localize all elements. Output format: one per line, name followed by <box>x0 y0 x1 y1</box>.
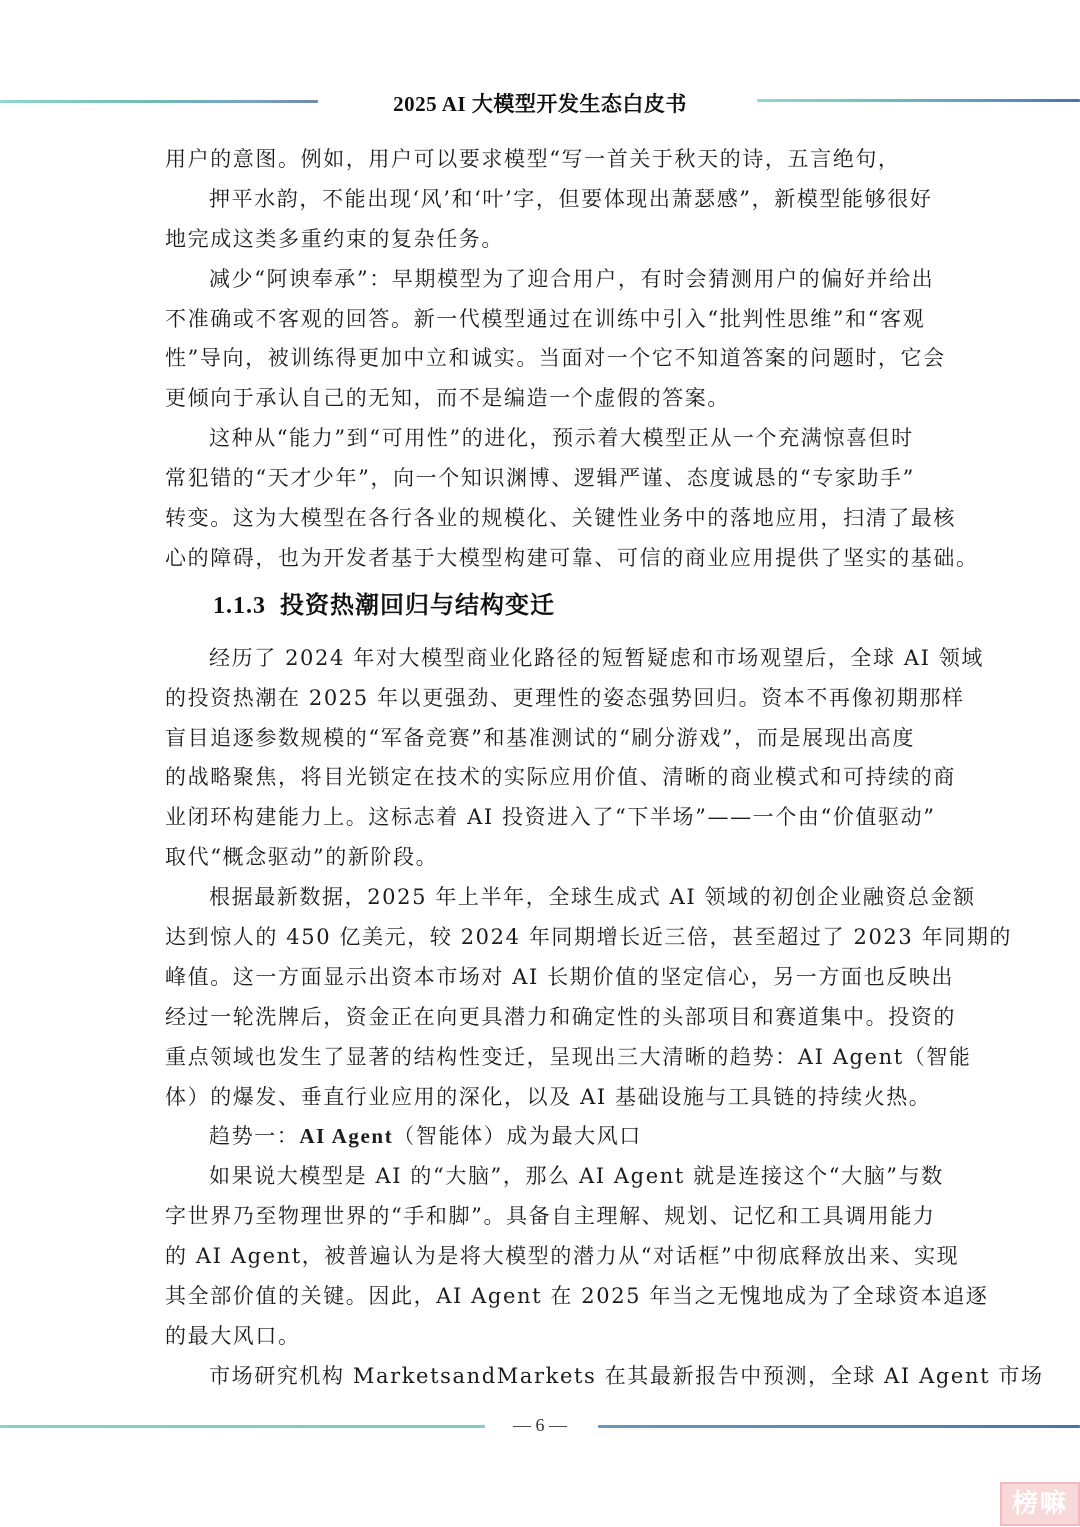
section-heading: 1.1.3投资热潮回归与结构变迁 <box>165 585 920 625</box>
section-title: 投资热潮回归与结构变迁 <box>280 590 555 619</box>
text-line: 业闭环构建能力上。这标志着 AI 投资进入了“下半场”——一个由“价值驱动” <box>165 798 920 838</box>
text-line: 的战略聚焦，将目光锁定在技术的实际应用价值、清晰的商业模式和可持续的商 <box>165 758 920 798</box>
text-line: 地完成这类多重约束的复杂任务。 <box>165 220 920 260</box>
text-line: 的 AI Agent，被普遍认为是将大模型的潜力从“对话框”中彻底释放出来、实现 <box>165 1237 920 1277</box>
text-line: 用户的意图。例如，用户可以要求模型“写一首关于秋天的诗，五言绝句， <box>165 140 920 180</box>
text-line: 心的障碍，也为开发者基于大模型构建可靠、可信的商业应用提供了坚实的基础。 <box>165 539 920 579</box>
text-line: 转变。这为大模型在各行各业的规模化、关键性业务中的落地应用，扫清了最核 <box>165 499 920 539</box>
paragraph-block-2: 经历了 2024 年对大模型商业化路径的短暂疑虑和市场观望后，全球 AI 领域 … <box>165 639 920 1118</box>
text-line: 的最大风口。 <box>165 1317 920 1357</box>
page-body: 用户的意图。例如，用户可以要求模型“写一首关于秋天的诗，五言绝句， 押平水韵，不… <box>165 140 920 1397</box>
text-line: 根据最新数据，2025 年上半年，全球生成式 AI 领域的初创企业融资总金额 <box>165 878 920 918</box>
text-line: 性”导向，被训练得更加中立和诚实。当面对一个它不知道答案的问题时，它会 <box>165 339 920 379</box>
text-line: 其全部价值的关键。因此，AI Agent 在 2025 年当之无愧地成为了全球资… <box>165 1277 920 1317</box>
text-line: 经过一轮洗牌后，资金正在向更具潜力和确定性的头部项目和赛道集中。投资的 <box>165 998 920 1038</box>
text-line: 的投资热潮在 2025 年以更强劲、更理性的姿态强势回归。资本不再像初期那样 <box>165 679 920 719</box>
text-line: 市场研究机构 MarketsandMarkets 在其最新报告中预测，全球 AI… <box>165 1357 920 1397</box>
paragraph-block-3: 如果说大模型是 AI 的“大脑”，那么 AI Agent 就是连接这个“大脑”与… <box>165 1157 920 1396</box>
text-line: 常犯错的“天才少年”，向一个知识渊博、逻辑严谨、态度诚恳的“专家助手” <box>165 459 920 499</box>
section-number: 1.1.3 <box>213 593 266 619</box>
paragraph-block-1: 用户的意图。例如，用户可以要求模型“写一首关于秋天的诗，五言绝句， 押平水韵，不… <box>165 140 920 579</box>
text-line: 峰值。这一方面显示出资本市场对 AI 长期价值的坚定信心，另一方面也反映出 <box>165 958 920 998</box>
trend-heading: 趋势一：AI Agent（智能体）成为最大风口 <box>165 1117 920 1157</box>
page-header: 2025 AI 大模型开发生态白皮书 <box>0 86 1080 118</box>
text-line: 取代“概念驱动”的新阶段。 <box>165 838 920 878</box>
text-line: 不准确或不客观的回答。新一代模型通过在训练中引入“批判性思维”和“客观 <box>165 300 920 340</box>
text-line: 字世界乃至物理世界的“手和脚”。具备自主理解、规划、记忆和工具调用能力 <box>165 1197 920 1237</box>
trend-prefix: 趋势一： <box>209 1124 299 1148</box>
page-footer: — 6 — <box>0 1415 1080 1439</box>
footer-rule-right <box>598 1425 1080 1428</box>
text-line: 经历了 2024 年对大模型商业化路径的短暂疑虑和市场观望后，全球 AI 领域 <box>165 639 920 679</box>
text-line: 体）的爆发、垂直行业应用的深化，以及 AI 基础设施与工具链的持续火热。 <box>165 1078 920 1118</box>
text-line: 达到惊人的 450 亿美元，较 2024 年同期增长近三倍，甚至超过了 2023… <box>165 918 920 958</box>
watermark-stamp-icon: 榜嘛 <box>1000 1482 1080 1526</box>
text-line: 减少“阿谀奉承”：早期模型为了迎合用户，有时会猜测用户的偏好并给出 <box>165 260 920 300</box>
header-rule-right <box>757 99 1080 102</box>
text-line: 这种从“能力”到“可用性”的进化，预示着大模型正从一个充满惊喜但时 <box>165 419 920 459</box>
trend-suffix: （智能体）成为最大风口 <box>393 1124 642 1148</box>
text-line: 盲目追逐参数规模的“军备竞赛”和基准测试的“刷分游戏”，而是展现出高度 <box>165 719 920 759</box>
trend-bold-term: AI Agent <box>299 1124 393 1148</box>
text-line: 押平水韵，不能出现‘风’和‘叶’字，但要体现出萧瑟感”，新模型能够很好 <box>165 180 920 220</box>
text-line: 更倾向于承认自己的无知，而不是编造一个虚假的答案。 <box>165 379 920 419</box>
text-line: 如果说大模型是 AI 的“大脑”，那么 AI Agent 就是连接这个“大脑”与… <box>165 1157 920 1197</box>
document-title: 2025 AI 大模型开发生态白皮书 <box>0 88 1080 118</box>
text-line: 重点领域也发生了显著的结构性变迁，呈现出三大清晰的趋势：AI Agent（智能 <box>165 1038 920 1078</box>
